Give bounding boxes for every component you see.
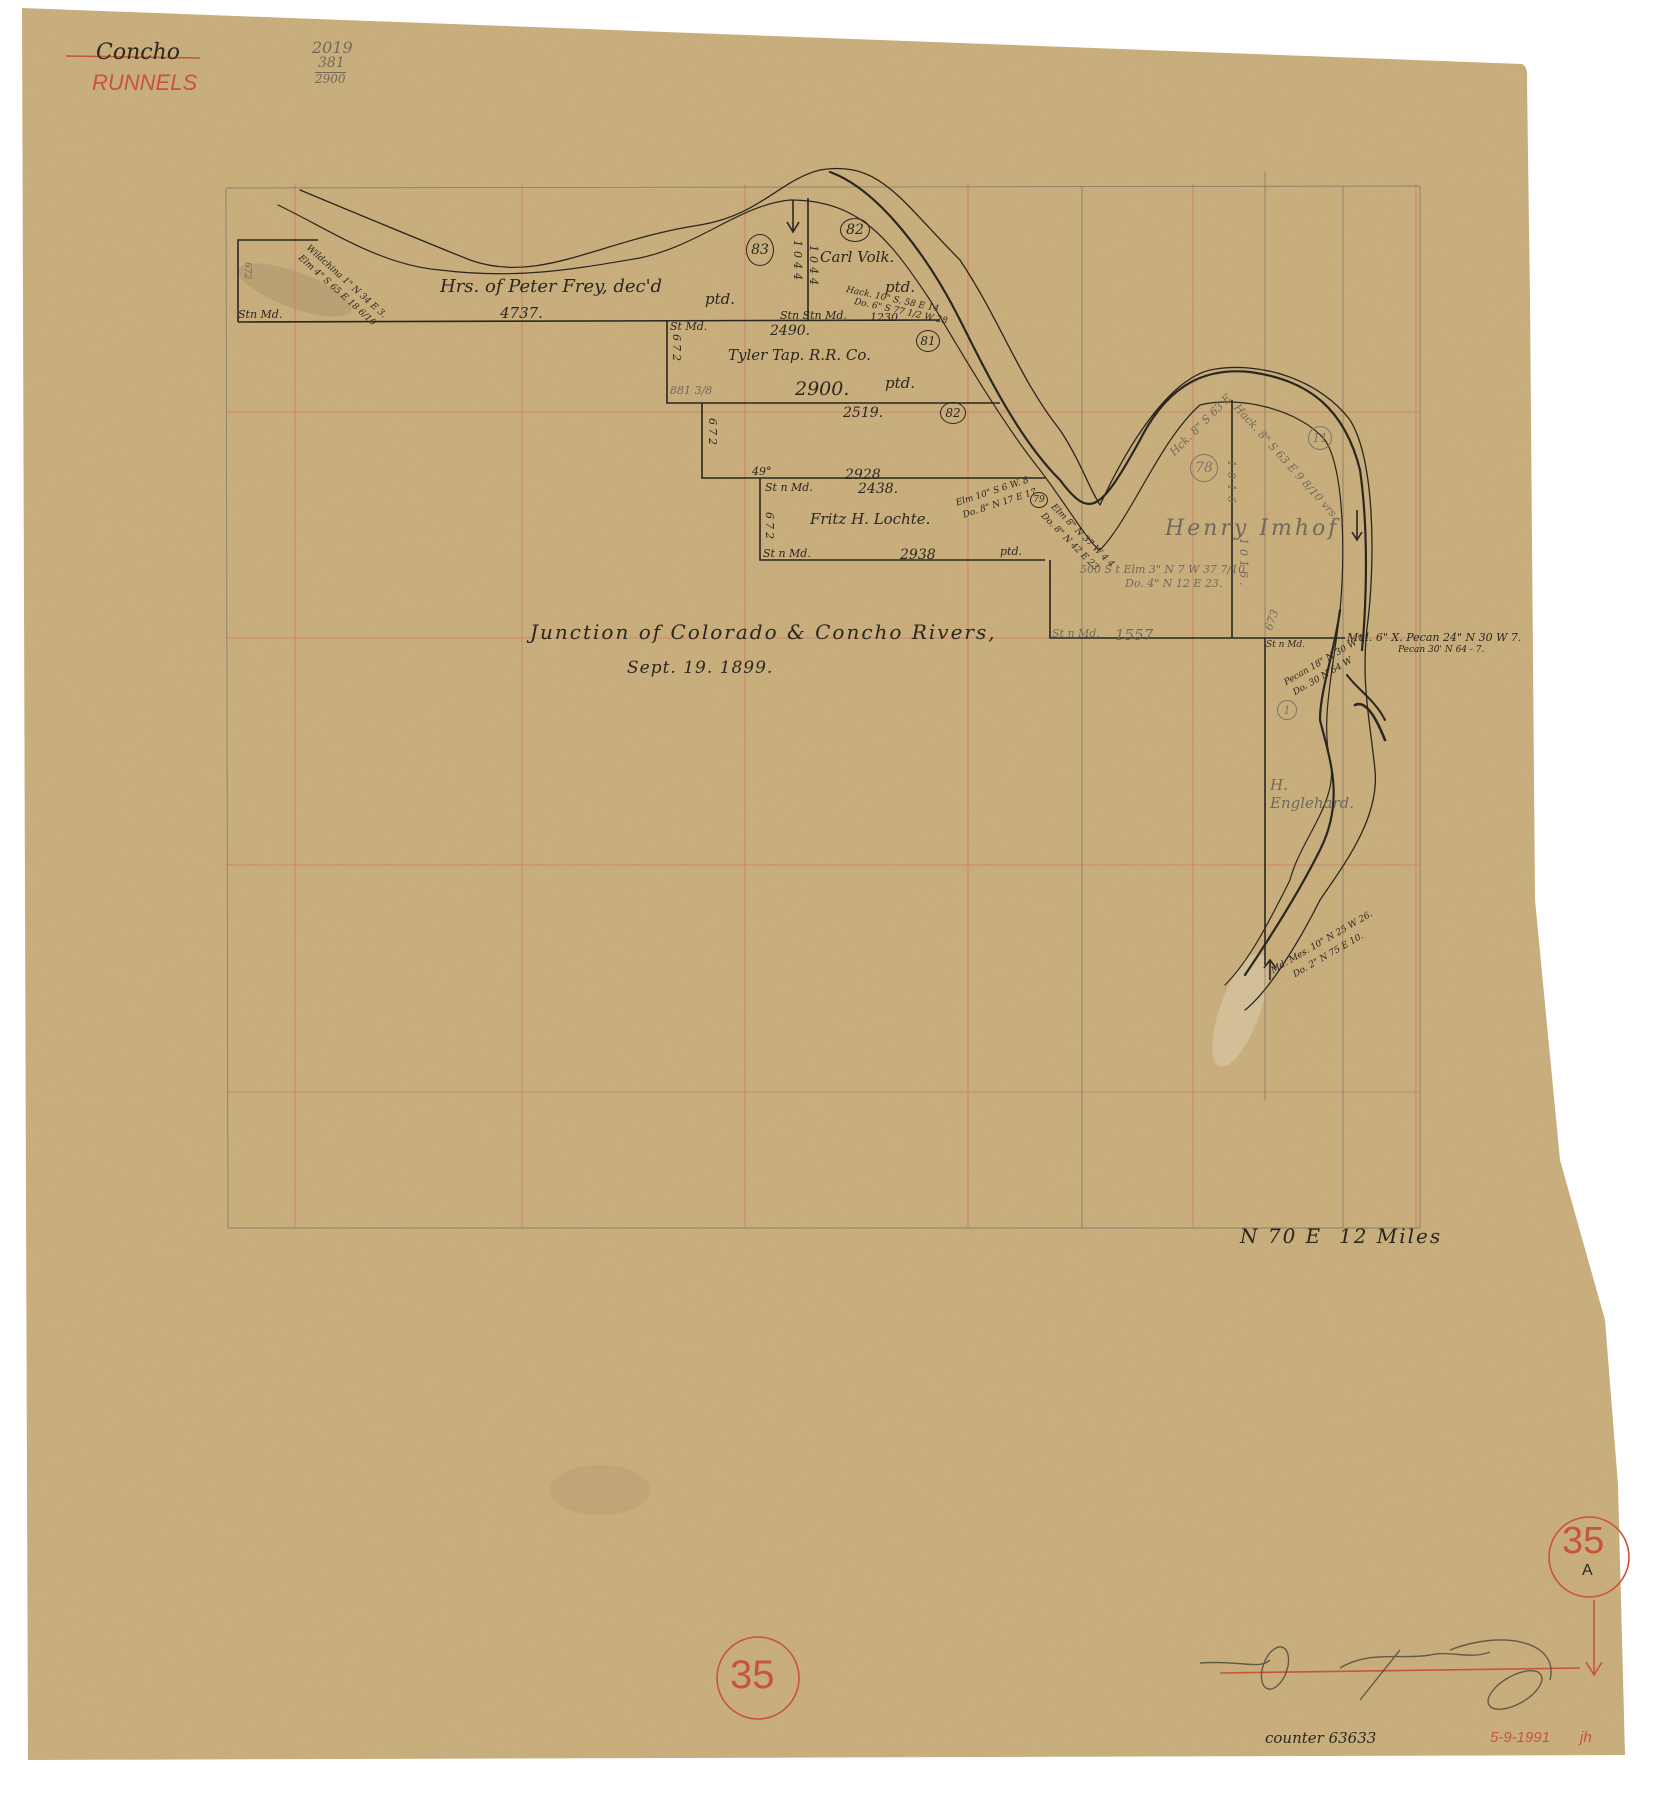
- county-struck-label: Concho: [96, 42, 180, 64]
- corner-tyler: St Md.: [670, 321, 707, 332]
- file-number-2: 381: [318, 56, 345, 70]
- angle-lochte: 49°: [752, 466, 772, 477]
- parcel-owner-fritz-lochte: Fritz H. Lochte.: [810, 512, 930, 527]
- section-number-78: 78: [1190, 454, 1218, 482]
- scale-note: N 70 E 12 Miles: [1240, 1226, 1442, 1246]
- corner-lochte-top: St n Md.: [765, 482, 813, 493]
- line-length-lochte-north-2: 2438.: [858, 482, 898, 496]
- map-date: Sept. 19. 1899.: [627, 660, 773, 677]
- section-number-82: 82: [840, 218, 870, 242]
- line-length-lochte-south: 2938: [900, 548, 936, 562]
- line-length-volk-west: 1044: [792, 240, 803, 284]
- corner-frey: Stn Md.: [238, 309, 282, 320]
- corner-englehard: St n Md.: [1266, 641, 1305, 650]
- line-length-tyler-north: 2490.: [770, 324, 810, 338]
- section-number-79: 79: [1030, 492, 1048, 508]
- file-number-1: 2019: [312, 40, 353, 56]
- witness-note-englehard-3: Mul. 6" X. Pecan 24" N 30 W 7.: [1347, 632, 1521, 643]
- line-length-volk-east: 1044: [808, 245, 819, 289]
- line-length-tyler-west: 672: [671, 334, 682, 364]
- parcel-owner-carl-volk: Carl Volk.: [820, 250, 894, 265]
- county-label: RUNNELS: [92, 72, 197, 94]
- parcel-status-lochte: ptd.: [1000, 546, 1022, 557]
- counter-number: counter 63633: [1265, 1731, 1376, 1746]
- corner-volk: Stn Stn Md.: [780, 310, 847, 321]
- witness-note-englehard-4: Pecan 30' N 64 - 7.: [1398, 646, 1484, 655]
- parcel-owner-tyler-tap: Tyler Tap. R.R. Co.: [728, 348, 871, 363]
- line-length-tyler-south-2: 2519.: [843, 406, 883, 420]
- line-length-frey-south: 4737.: [500, 306, 543, 321]
- line-length-lochte-north: 2928: [845, 468, 881, 482]
- witness-note-imhof-2: Do. 4" N 12 E 23.: [1125, 578, 1222, 589]
- date-stamp: 5-9-1991: [1490, 1730, 1550, 1745]
- section-number-81: 81: [916, 330, 940, 352]
- line-length-imhof-west: 1016: [1226, 460, 1237, 508]
- section-circle-letter: A: [1582, 1563, 1593, 1579]
- line-length-step-west: 672: [707, 418, 718, 448]
- parcel-status-volk: ptd.: [885, 280, 915, 295]
- map-title: Junction of Colorado & Concho Rivers,: [530, 622, 997, 642]
- section-number-1: 1: [1277, 700, 1297, 720]
- witness-note-imhof-1: 500 S t Elm 3" N 7 W 37 7/10.: [1080, 564, 1249, 575]
- parcel-owner-englehard: H. Englehard.: [1270, 776, 1330, 812]
- corner-note-tyler: 881 3/8: [670, 385, 712, 396]
- section-circle-35a-label: 35: [1562, 1522, 1604, 1560]
- corner-lochte-bottom: St n Md.: [763, 548, 811, 559]
- line-length-tyler-south: 2900.: [795, 380, 849, 399]
- parcel-status-tyler: ptd.: [885, 376, 915, 391]
- file-number-3: 2900: [315, 72, 346, 85]
- line-length-frey-west: 672: [242, 262, 251, 279]
- initials: jh: [1580, 1730, 1592, 1745]
- line-length-imhof-south: 1557: [1115, 628, 1153, 643]
- parcel-owner-henry-imhof: Henry Imhof: [1165, 518, 1339, 540]
- section-number-11: 11: [1308, 426, 1332, 450]
- parcel-status-frey: ptd.: [705, 292, 735, 307]
- line-length-lochte-west: 672: [764, 512, 775, 542]
- section-number-83: 83: [746, 234, 774, 266]
- section-circle-35-label: 35: [730, 1655, 775, 1695]
- section-number-82-lower: 82: [940, 402, 966, 424]
- parcel-owner-peter-frey: Hrs. of Peter Frey, dec'd: [440, 278, 662, 296]
- corner-imhof: St n Md.: [1052, 628, 1100, 639]
